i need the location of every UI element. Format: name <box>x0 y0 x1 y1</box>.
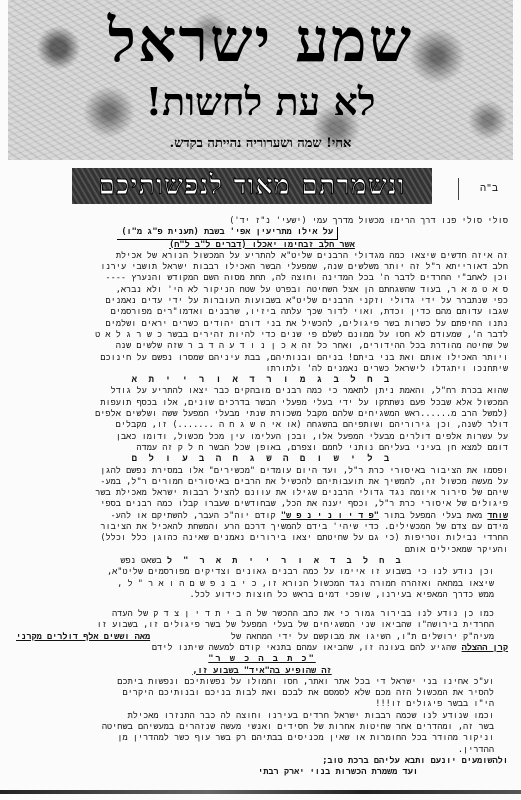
text-line: של שחיטה מהודרת בכל ההידורים, ואחר כל זה… <box>16 341 508 352</box>
headline-block: ונשמרתם מאוד לנפשותיכם <box>72 168 432 204</box>
text-line: ההדרין. <box>16 745 494 756</box>
subheading-4: "כ ת ב ה כ ש ר" <box>16 654 508 665</box>
subheading-5: זה שהופיע בה"איד" בשבוע זו, <box>16 666 508 677</box>
text-line: דולר לשנה, וכן גירוריהם ושותפיהם בהשגחה … <box>16 420 508 431</box>
document-body: סולי סולי פנו דרך הרימו מכשול מדרך עמי (… <box>16 216 508 779</box>
text-line: שיהם של סירור איומה נגד גדולי הרבנים שגי… <box>16 488 508 499</box>
text-line: הי"ו בבשר פיגולים זו!!! <box>16 699 494 710</box>
text-line: כפי שנתברר על ידי גדולי וזקני הרבנים שלי… <box>16 296 508 307</box>
text-line: ופסמו את הציבור באיסורי כרת ר"ל, ועד היו… <box>16 466 508 477</box>
underlined-quote: "פ ד י ו נ י נ פ ש" <box>281 511 379 521</box>
paragraph-2: שהוא בכרת רח"ל, והאמת ניתן לתאמר כי כמה … <box>16 386 508 454</box>
banner-title: שמע ישראל <box>8 6 513 76</box>
bottom-border <box>0 790 521 794</box>
subheading-3: ב ח ל ב ד א ו ר י י ת א ר " ל בשאט נפש <box>16 556 508 567</box>
text-line: מידם עם צדם של המכשילים. כדי שיהי' בידם … <box>16 522 508 533</box>
paragraph-4: וכן נודע לנו כי בשבוע זו איימו על כמה רב… <box>16 567 508 601</box>
bh-mark: ב"ה <box>458 178 504 200</box>
paragraph-3-rest: מידם עם צדם של המכשילים. כדי שיהי' בידם … <box>16 522 508 556</box>
subheading-3-main: ב ח ל ב ד א ו ר י י ת א ר " ל <box>167 556 404 566</box>
text-line: פיגולים של איסורי כרת ר"ל, וכסף יענה את … <box>16 499 508 510</box>
text-line: שיתחנכו ויתגדלו לישראל כשרים נאמנים לה' … <box>16 364 508 375</box>
text-line: לדבר ה', שמעודם לא חסו על ממונם לשלם פי … <box>16 330 508 341</box>
paragraph-1: זה איזה חדשים שיצאו כמה מגדולי הרבנים של… <box>16 251 508 375</box>
text-line: להסיר את המכשול הזה מכם שלא לסמסם את לבכ… <box>16 688 494 699</box>
text-line: שיצאו במחאה ואזהרה חמורה נגד המכשול הנור… <box>16 579 494 590</box>
text-line: החרדי נבילות וטריפות (כי גם על שחיטתם יצ… <box>16 533 508 544</box>
paragraph-6: וע"כ אחינו בני ישראל די בכל אתר ואתר, חס… <box>16 677 508 711</box>
text-line: וכן לאחב"י החרדים לדבר ה' בכל המדינה וחו… <box>16 273 508 284</box>
text-line: שגבו עדותם מהם כדין וכדת, ואוי לדור שכך … <box>16 307 508 318</box>
text-line: בשר זה, ומהדרים אחר שחיטות אחרות של חסיד… <box>16 722 494 733</box>
text-line: וכמו שנודע לנו שכמה רבבות ישראל חרדים בע… <box>16 711 494 722</box>
text-line: דומם למצא חן בעיני בעליהם נותני לחמם וצפ… <box>16 443 508 454</box>
underlined-fund: קרן ההצלה <box>462 643 508 653</box>
text-line: ויותר האכילו אותם ואת בני ביתם! בניהם וב… <box>16 353 508 364</box>
banner-subtitle: לא עת לחשות! <box>8 80 513 124</box>
text-line: ס א ט מ א ר, בעוד שהשגחתם הן אצל השחיטה … <box>16 285 508 296</box>
paragraph-7: וכמו שנודע לנו שכמה רבבות ישראל חרדים בע… <box>16 711 508 756</box>
subheading-3-tail: בשאט נפש <box>120 556 161 566</box>
closing-line: ולהשומעים יונעם ותבא עליהם ברכת טוב; <box>16 756 508 767</box>
text-span: קודם יוה"כ העבר, להשתיקם או להע- <box>110 511 280 521</box>
text-line: כמו כן נודע לנו בבירור גמור כי את כתב הה… <box>16 609 494 620</box>
verse-2: על אילו מתריעין אפי' בשבת (תענית פ"ג מ"ו… <box>117 227 338 239</box>
text-line: נתנו החיפתם על כשרות בשר פיגולים, להכשיל… <box>16 319 508 330</box>
underlined-word: שוחד <box>487 511 508 521</box>
text-line: וניקור מהודר בכל החומרות או שאין מכניסים… <box>16 733 494 744</box>
document-page: שמע ישראל לא עת לחשות! אחי! שמה ושערוריה… <box>0 0 521 800</box>
verse-1: סולי סולי פנו דרך הרימו מכשול מדרך עמי (… <box>16 216 508 227</box>
text-line: חלב דאורייתא ר"ל זה יותר משלשים שנה, שמפ… <box>16 262 508 273</box>
text-line: והעיקר שמאכילים אותם <box>16 545 508 556</box>
text-line: זה איזה חדשים שיצאו כמה מגדולי הרבנים של… <box>16 251 508 262</box>
signature: ועד משמרת הכשרות בנוי יארק רבתי <box>16 767 508 778</box>
paragraph-3: ופסמו את הציבור באיסורי כרת ר"ל, ועד היו… <box>16 466 508 511</box>
subheading-1: ב ח ל ב ג מ ו ר ד א ו ר י י ת א <box>16 375 508 386</box>
text-line: על מעשה מכשול זה, להמשיך את תועבותיהם לה… <box>16 477 508 488</box>
paragraph-5-line-4: קרן ההצלה שהגיע להם בעונה זו, שהביאו עמה… <box>16 643 508 654</box>
text-span: מאת בעלי המפעל בתור <box>379 511 487 521</box>
text-line: (למשל הרב מ......ראש המשגיחים שלהם מקבל … <box>16 409 508 420</box>
text-span: שהגיע להם בעונה זו, שהביאו עמהם בתנאי קו… <box>152 643 462 653</box>
banner-motto: אחי! שמה ושערוריה נהייתה בקדש. <box>8 136 513 152</box>
paragraph-3-line-5: שוחד מאת בעלי המפעל בתור "פ ד י ו נ י נ … <box>16 511 508 522</box>
text-line: על עשרות אלפים דולרים מבעלי המפעל אלו, ו… <box>16 432 508 443</box>
text-line: ממש כדרך המאפיא בעירנו, שופכי דמים בראש … <box>16 590 494 601</box>
text-line: וע"כ אחינו בני ישראל די בכל אתר ואתר, חס… <box>16 677 494 688</box>
subheading-2: ב ל י ש ו ם ה ש ג ח ה ב ע ו ל ם <box>16 454 508 465</box>
text-line: החרדית בירושה"ו שהביאו שני המשגיחים של ב… <box>16 620 494 631</box>
text-line: וכן נודע לנו כי בשבוע זו איימו על כמה רב… <box>16 567 494 578</box>
text-line: המכשול אלא שבכל פעם נשתתקו על ידי בעלי מ… <box>16 398 508 409</box>
text-line: שהוא בכרת רח"ל, והאמת ניתן לתאמר כי כמה … <box>16 386 508 397</box>
header-banner: שמע ישראל לא עת לחשות! אחי! שמה ושערוריה… <box>8 0 513 160</box>
verse-3: אשר חלב זבחימו יאכלו (דברים ל"ב ל"ח) <box>16 240 508 251</box>
